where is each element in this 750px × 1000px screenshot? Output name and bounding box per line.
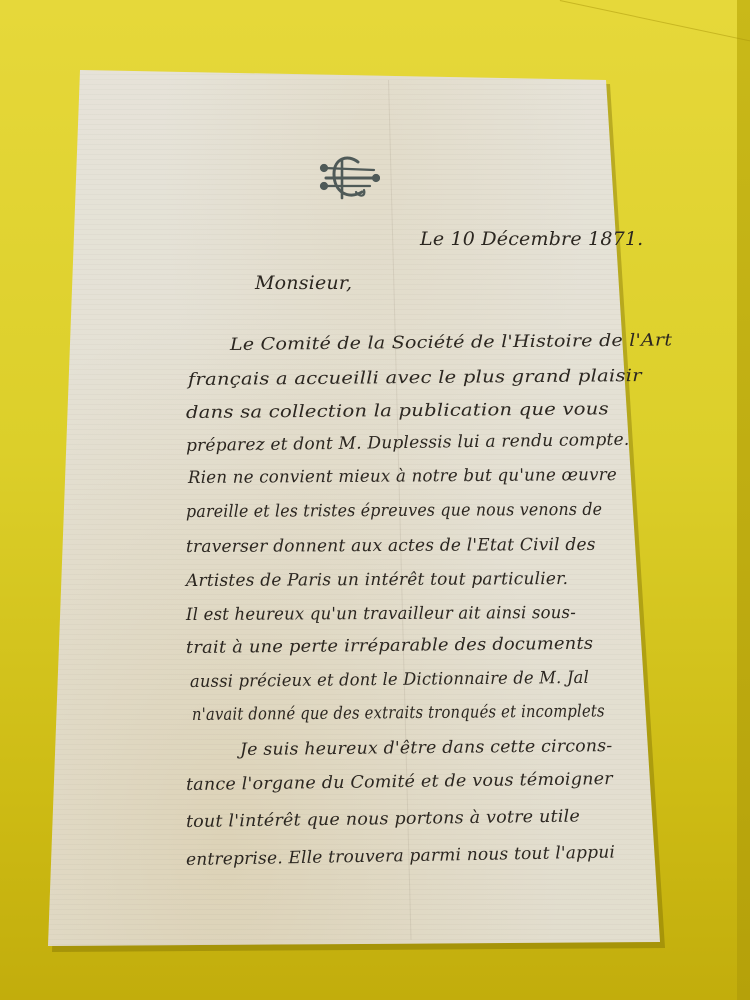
letter-line: Artistes de Paris un intérêt tout partic… <box>186 569 568 591</box>
letter-line: tance l'organe du Comité et de vous témo… <box>186 769 613 795</box>
letter-line: aussi précieux et dont le Dictionnaire d… <box>190 668 589 692</box>
letter-line: Le Comité de la Société de l'Histoire de… <box>230 330 672 355</box>
letter-line: préparez et dont M. Duplessis lui a rend… <box>186 430 630 456</box>
letter-salutation: Monsieur, <box>255 272 352 294</box>
letter-line: entreprise. Elle trouvera parmi nous tou… <box>186 843 615 870</box>
letter-line: tout l'intérêt que nous portons à votre … <box>186 806 580 831</box>
letter-line: trait à une perte irréparable des docume… <box>186 634 593 658</box>
letter-line: pareille et les tristes épreuves que nou… <box>186 500 602 522</box>
letter-line: Je suis heureux d'être dans cette circon… <box>240 736 613 760</box>
letter-line: dans sa collection la publication que vo… <box>186 399 609 423</box>
letter-line: traverser donnent aux actes de l'Etat Ci… <box>186 535 596 557</box>
letter-date: Le 10 Décembre 1871. <box>420 228 643 250</box>
letter-line: Rien ne convient mieux à notre but qu'un… <box>188 465 617 488</box>
letter-line: Il est heureux qu'un travailleur ait ain… <box>186 603 576 625</box>
letter-line: n'avait donné que des extraits tronqués … <box>192 701 605 725</box>
letter-content: Le 10 Décembre 1871. Monsieur, Le Comité… <box>0 0 750 1000</box>
letter-line: français a accueilli avec le plus grand … <box>188 366 642 390</box>
